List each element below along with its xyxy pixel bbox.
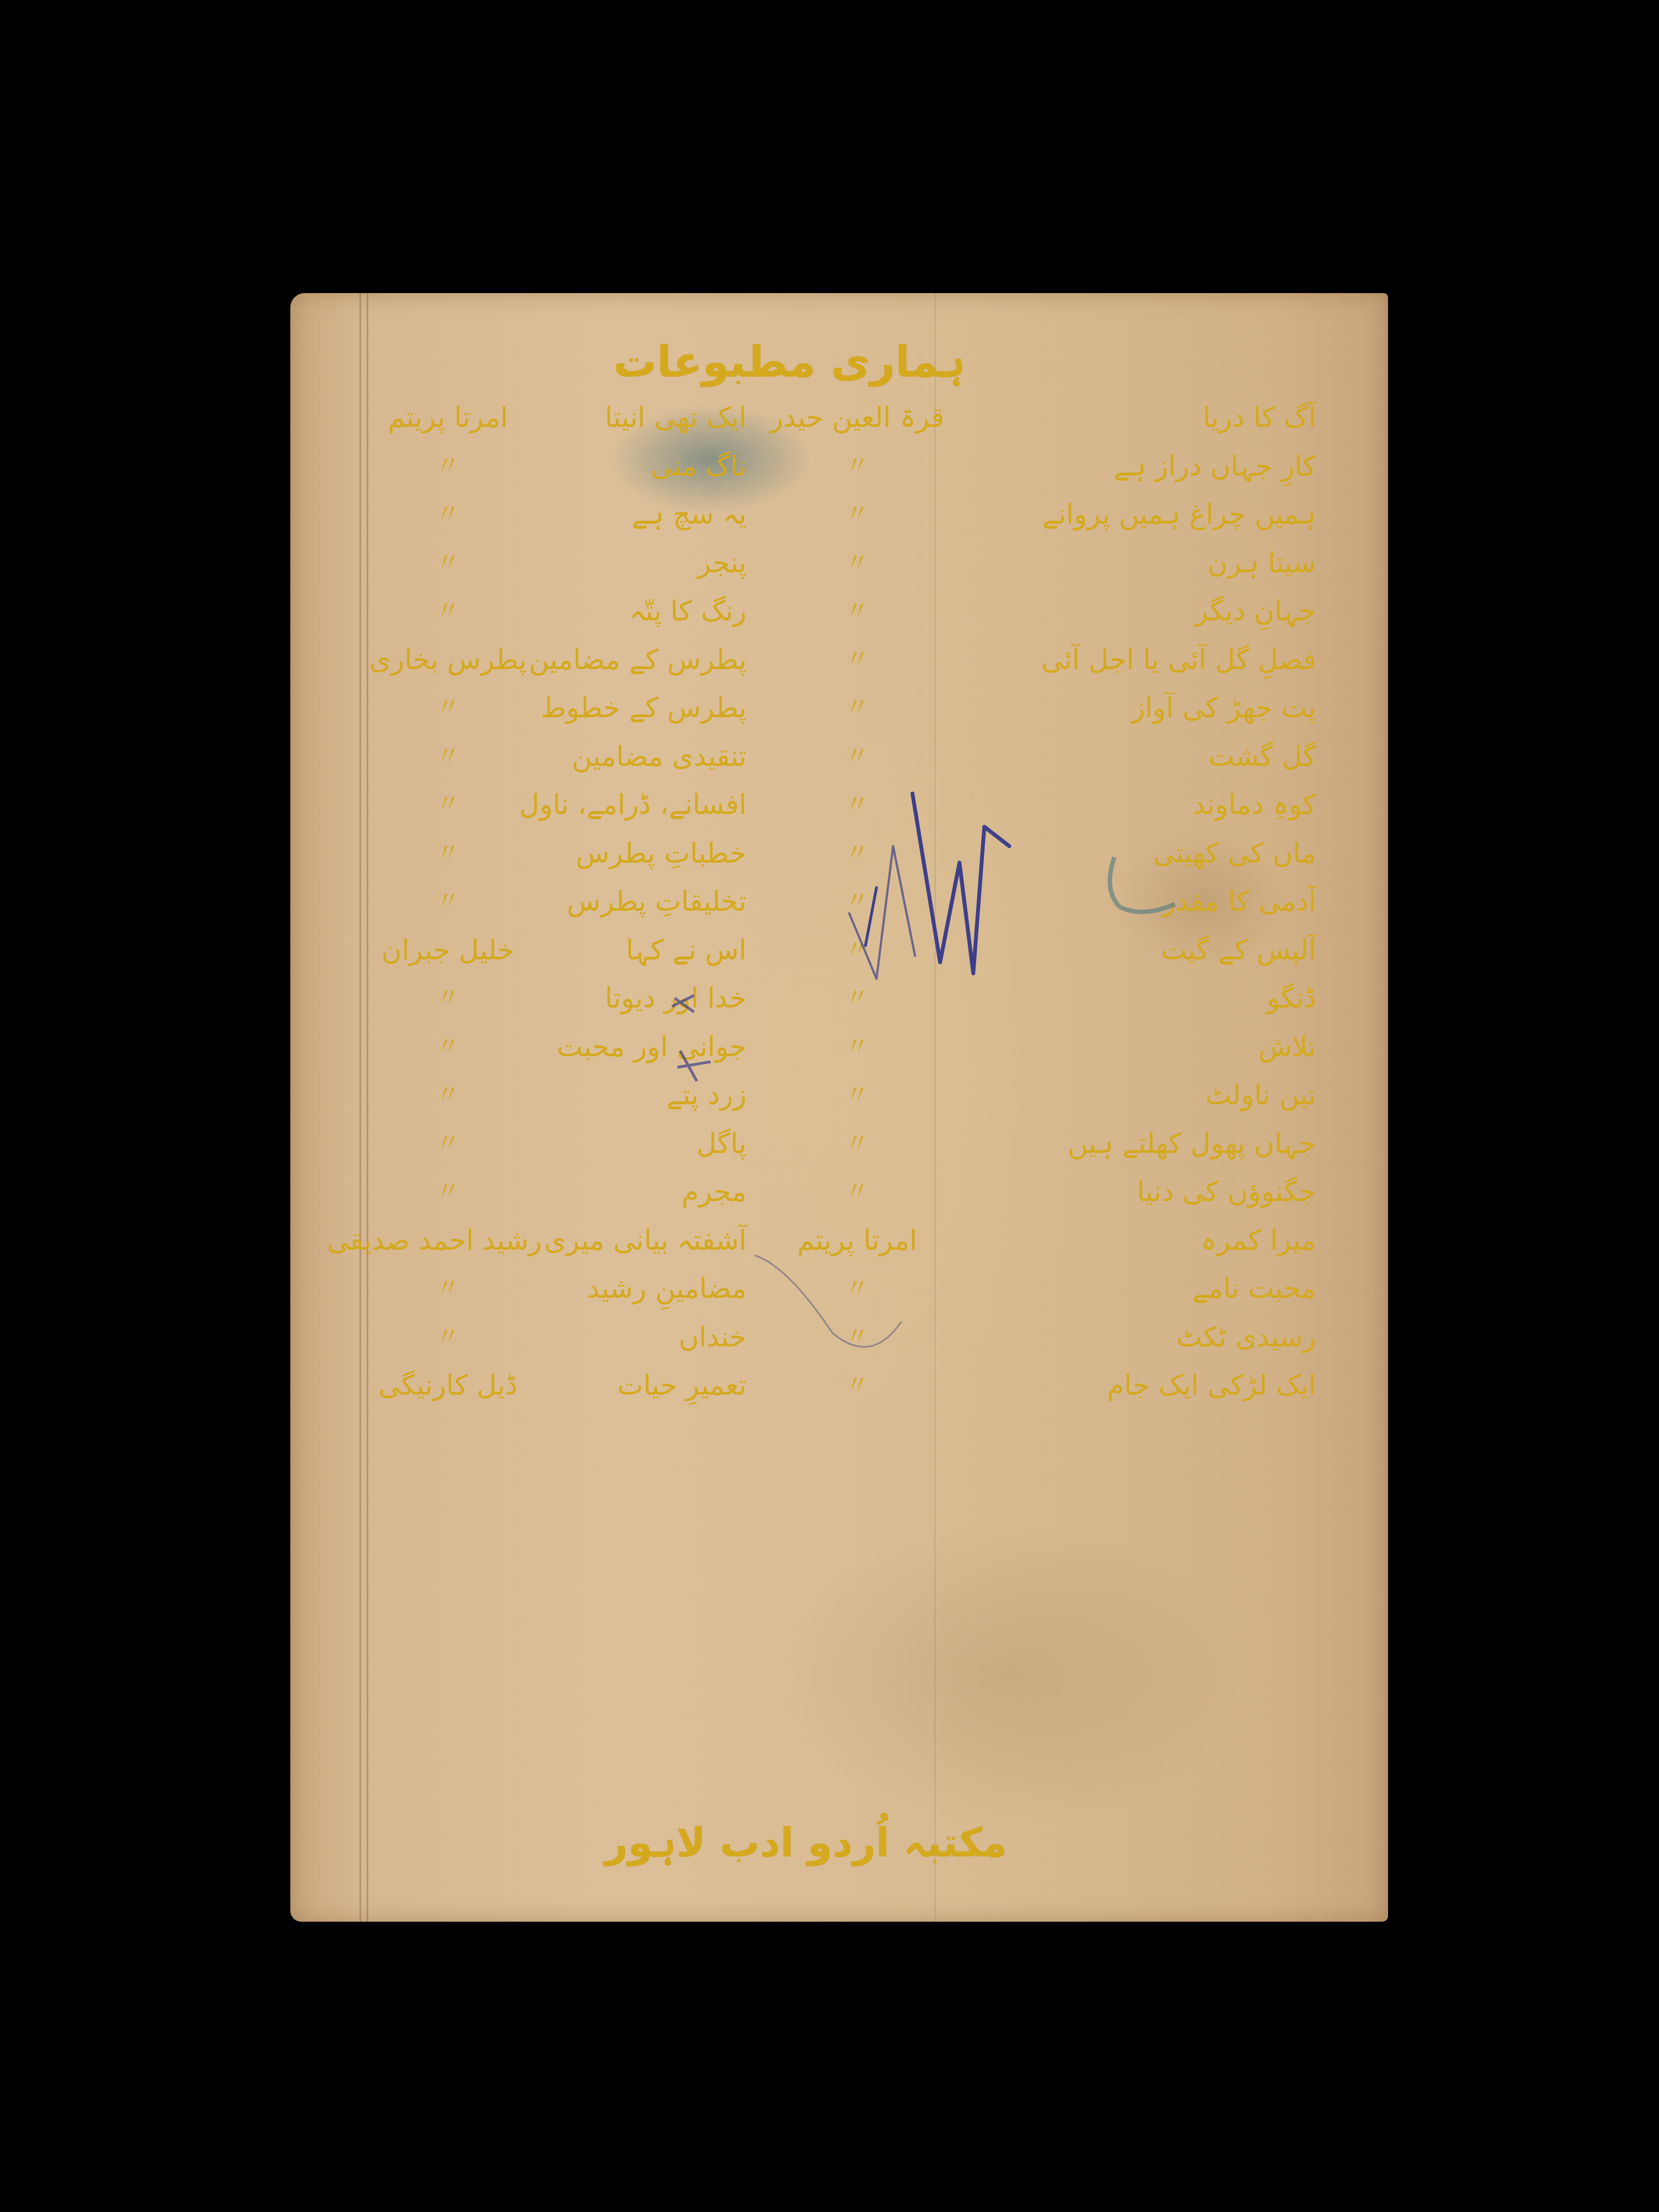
book-title: جہانِ دیگر xyxy=(973,589,1316,633)
list-row: جہانِ دیگر 〃 رنگ کا پتّہ 〃 xyxy=(357,589,1316,638)
list-row: سیتا ہرن 〃 پنجر 〃 xyxy=(357,541,1316,589)
list-row: ہمیں چراغ ہمیں پروانے 〃 یہ سچ ہے 〃 xyxy=(357,492,1316,541)
book-title: سیتا ہرن xyxy=(973,541,1316,585)
book-title: تخلیقاتِ پطرس xyxy=(547,879,747,924)
book-title: آشفتہ بیانی میری xyxy=(547,1218,747,1262)
book-title: پطرس کے مضامین xyxy=(547,638,747,682)
book-title: ماں کی کھیتی xyxy=(973,831,1316,875)
book-title: آدمی کا مقدر xyxy=(973,879,1316,924)
list-row: تلاش 〃 جوانی اور محبت 〃 xyxy=(357,1025,1316,1073)
book-title: ایک تھی انیتا xyxy=(547,395,747,440)
book-title: آگ کا دریا xyxy=(973,395,1316,440)
list-row: ایک لڑکی ایک جام 〃 تعمیرِ حیات ڈیل کارنی… xyxy=(357,1363,1316,1412)
page-title: ہماری مطبوعات xyxy=(290,337,1388,387)
ditto-mark: 〃 xyxy=(354,831,542,875)
book-title: محبت نامے xyxy=(973,1266,1316,1311)
publisher-imprint: مکتبہ اُردو ادب لاہور xyxy=(290,1819,1388,1866)
book-title: ایک لڑکی ایک جام xyxy=(973,1363,1316,1407)
ditto-mark: 〃 xyxy=(741,928,973,972)
book-title: میرا کمرہ xyxy=(973,1218,1316,1262)
ditto-mark: 〃 xyxy=(741,879,973,924)
ditto-mark: 〃 xyxy=(354,541,542,585)
publications-list: آگ کا دریا قرۃ العین حیدر ایک تھی انیتا … xyxy=(357,395,1316,1412)
list-row: جگنوؤں کی دنیا 〃 مجرم 〃 xyxy=(357,1170,1316,1218)
list-row: تین ناولٹ 〃 زرد پتے 〃 xyxy=(357,1073,1316,1121)
list-row: جہاں پھول کھلتے ہیں 〃 پاگل 〃 xyxy=(357,1121,1316,1170)
list-row: ماں کی کھیتی 〃 خطباتِ پطرس 〃 xyxy=(357,831,1316,880)
book-author: امرتا پریتم xyxy=(741,1218,973,1262)
ditto-mark: 〃 xyxy=(354,782,542,827)
list-row: محبت نامے 〃 مضامینِ رشید 〃 xyxy=(357,1266,1316,1315)
book-title: ناگ منی xyxy=(547,444,747,488)
book-title: آلپس کے گیت xyxy=(973,928,1316,972)
book-title: پطرس کے خطوط xyxy=(547,686,747,730)
book-title: خدا اور دیوتا xyxy=(547,976,747,1020)
ditto-mark: 〃 xyxy=(354,1315,542,1359)
book-title: گل گشت xyxy=(973,734,1316,779)
book-title: ڈنگو xyxy=(973,976,1316,1020)
book-author: پطرس بخاری xyxy=(354,638,542,682)
book-back-cover: ہماری مطبوعات آگ کا دریا قرۃ العین حیدر … xyxy=(290,293,1388,1922)
book-author: رشید احمد صدیقی xyxy=(354,1218,542,1262)
book-title: پاگل xyxy=(547,1121,747,1166)
ditto-mark: 〃 xyxy=(354,444,542,488)
list-row: کارِ جہاں دراز ہے 〃 ناگ منی 〃 xyxy=(357,444,1316,493)
book-title: جوانی اور محبت xyxy=(547,1025,747,1069)
book-title: یہ سچ ہے xyxy=(547,492,747,536)
ditto-mark: 〃 xyxy=(741,589,973,633)
book-title: جگنوؤں کی دنیا xyxy=(973,1170,1316,1214)
book-title: افسانے، ڈرامے، ناول xyxy=(547,782,747,827)
book-title: رنگ کا پتّہ xyxy=(547,589,747,633)
ditto-mark: 〃 xyxy=(741,976,973,1020)
ditto-mark: 〃 xyxy=(354,734,542,779)
book-title: مجرم xyxy=(547,1170,747,1214)
book-author: خلیل جبران xyxy=(354,928,542,972)
list-row: ڈنگو 〃 خدا اور دیوتا 〃 xyxy=(357,976,1316,1025)
ditto-mark: 〃 xyxy=(354,686,542,730)
book-title: رسیدی ٹکٹ xyxy=(973,1315,1316,1359)
book-title: کارِ جہاں دراز ہے xyxy=(973,444,1316,488)
ditto-mark: 〃 xyxy=(741,1073,973,1117)
book-author: ڈیل کارنیگی xyxy=(354,1363,542,1407)
ditto-mark: 〃 xyxy=(354,1025,542,1069)
ditto-mark: 〃 xyxy=(741,1121,973,1166)
ditto-mark: 〃 xyxy=(354,976,542,1020)
book-title: مضامینِ رشید xyxy=(547,1266,747,1311)
list-row: پت جھڑ کی آواز 〃 پطرس کے خطوط 〃 xyxy=(357,686,1316,734)
list-row: گل گشت 〃 تنقیدی مضامین 〃 xyxy=(357,734,1316,783)
book-title: اس نے کہا xyxy=(547,928,747,972)
ditto-mark: 〃 xyxy=(741,1266,973,1311)
ditto-mark: 〃 xyxy=(741,1170,973,1214)
ditto-mark: 〃 xyxy=(354,879,542,924)
book-title: تنقیدی مضامین xyxy=(547,734,747,779)
ditto-mark: 〃 xyxy=(741,1363,973,1407)
book-title: جہاں پھول کھلتے ہیں xyxy=(973,1121,1316,1166)
book-title: زرد پتے xyxy=(547,1073,747,1117)
list-row: آدمی کا مقدر 〃 تخلیقاتِ پطرس 〃 xyxy=(357,879,1316,928)
list-row: کوہِ دماوند 〃 افسانے، ڈرامے، ناول 〃 xyxy=(357,782,1316,831)
list-row: رسیدی ٹکٹ 〃 خنداں 〃 xyxy=(357,1315,1316,1364)
ditto-mark: 〃 xyxy=(741,831,973,875)
book-title: تعمیرِ حیات xyxy=(547,1363,747,1407)
book-title: تلاش xyxy=(973,1025,1316,1069)
ditto-mark: 〃 xyxy=(354,1073,542,1117)
book-title: فصلِ گل آئی یا اجل آئی xyxy=(973,638,1316,682)
ditto-mark: 〃 xyxy=(354,1121,542,1166)
ditto-mark: 〃 xyxy=(354,1266,542,1311)
list-row: آگ کا دریا قرۃ العین حیدر ایک تھی انیتا … xyxy=(357,395,1316,444)
ditto-mark: 〃 xyxy=(741,686,973,730)
ditto-mark: 〃 xyxy=(741,444,973,488)
book-author: قرۃ العین حیدر xyxy=(741,395,973,440)
book-title: ہمیں چراغ ہمیں پروانے xyxy=(973,492,1316,536)
ditto-mark: 〃 xyxy=(354,492,542,536)
ditto-mark: 〃 xyxy=(354,1170,542,1214)
list-row: آلپس کے گیت 〃 اس نے کہا خلیل جبران xyxy=(357,928,1316,977)
ditto-mark: 〃 xyxy=(741,492,973,536)
ditto-mark: 〃 xyxy=(741,541,973,585)
list-row: فصلِ گل آئی یا اجل آئی 〃 پطرس کے مضامین … xyxy=(357,638,1316,686)
ditto-mark: 〃 xyxy=(741,1315,973,1359)
ditto-mark: 〃 xyxy=(741,734,973,779)
book-title: پت جھڑ کی آواز xyxy=(973,686,1316,730)
book-title: کوہِ دماوند xyxy=(973,782,1316,827)
book-title: تین ناولٹ xyxy=(973,1073,1316,1117)
ditto-mark: 〃 xyxy=(741,638,973,682)
book-title: خنداں xyxy=(547,1315,747,1359)
book-title: خطباتِ پطرس xyxy=(547,831,747,875)
book-author: امرتا پریتم xyxy=(354,395,542,440)
ditto-mark: 〃 xyxy=(741,782,973,827)
book-title: پنجر xyxy=(547,541,747,585)
list-row: میرا کمرہ امرتا پریتم آشفتہ بیانی میری ر… xyxy=(357,1218,1316,1267)
ditto-mark: 〃 xyxy=(741,1025,973,1069)
ditto-mark: 〃 xyxy=(354,589,542,633)
